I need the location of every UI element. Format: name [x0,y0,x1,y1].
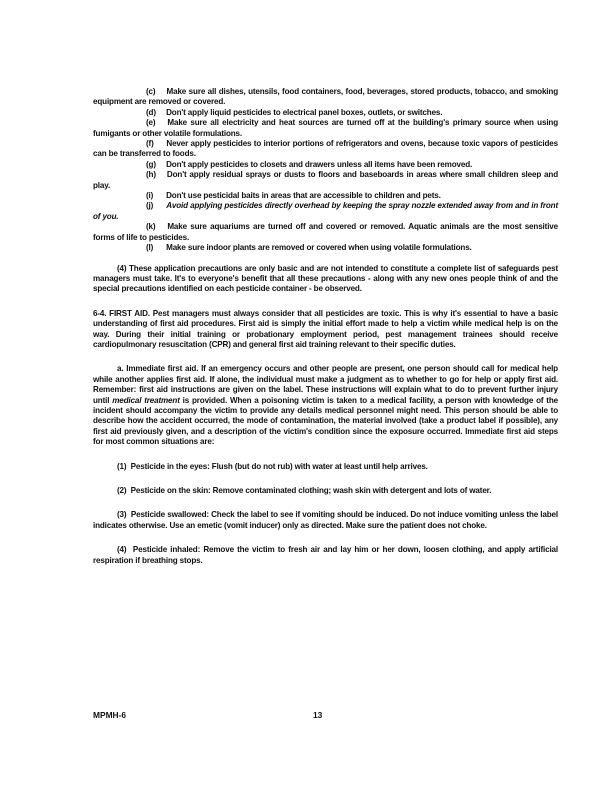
step-label: (1) [117,462,126,471]
item-text: Don't apply pesticides to closets and dr… [166,160,472,169]
list-item-i: (i) Don't use pesticidal baits in areas … [93,191,558,201]
section-body: Pest managers must always consider that … [93,309,558,349]
section-heading: a. Immediate first aid. [117,364,198,373]
paragraph-4-precautions: (4) These application precautions are on… [93,264,558,295]
item-label: (h) [146,170,164,180]
step-heading: Pesticide in the eyes: [131,462,210,471]
list-item-e: (e) Make sure all electricity and heat s… [93,118,558,139]
document-id: MPMH-6 [93,710,126,720]
list-item-g: (g) Don't apply pesticides to closets an… [93,160,558,170]
document-page: (c) Make sure all dishes, utensils, food… [93,87,558,566]
list-item-f: (f) Never apply pesticides to interior p… [93,139,558,160]
section-body-italic: medical treatment [112,396,180,405]
page-number: 13 [313,710,322,720]
spacer [93,254,558,264]
item-label: (j) [146,201,164,211]
first-aid-step-eyes: (1) Pesticide in the eyes: Flush (but do… [93,462,558,472]
item-label: (k) [146,222,164,232]
item-text: Don't use pesticidal baits in areas that… [166,191,441,200]
list-item-d: (d) Don't apply liquid pesticides to ele… [93,108,558,118]
item-label: (g) [146,160,164,170]
spacer [93,472,558,486]
item-text: Make sure indoor plants are removed or c… [166,243,472,252]
first-aid-step-skin: (2) Pesticide on the skin: Remove contam… [93,486,558,496]
spacer [93,531,558,545]
item-label: (i) [146,191,164,201]
list-item-j: (j) Avoid applying pesticides directly o… [93,201,558,222]
first-aid-step-inhaled: (4) Pesticide inhaled: Remove the victim… [93,545,558,566]
list-item-c: (c) Make sure all dishes, utensils, food… [93,87,558,108]
spacer [93,448,558,462]
step-label: (2) [117,486,126,495]
step-heading: Pesticide on the skin: [131,486,211,495]
step-label: (3) [117,510,126,519]
list-item-l: (l) Make sure indoor plants are removed … [93,243,558,253]
step-text: Remove contaminated clothing; wash skin … [211,486,492,495]
item-label: (e) [146,118,164,128]
item-label: (l) [146,243,164,253]
step-label: (4) [117,545,126,554]
section-a-immediate-first-aid: a. Immediate first aid. If an emergency … [93,364,558,447]
list-item-h: (h) Don't apply residual sprays or dusts… [93,170,558,191]
step-heading: Pesticide swallowed: [131,510,209,519]
section-6-4-first-aid: 6-4. FIRST AID. Pest managers must alway… [93,309,558,351]
step-heading: Pesticide inhaled: [133,545,200,554]
spacer [93,496,558,510]
step-text: Flush (but do not rub) with water at lea… [210,462,428,471]
item-label: (f) [146,139,164,149]
item-label: (c) [146,87,164,97]
item-text: Don't apply liquid pesticides to electri… [166,108,442,117]
list-item-k: (k) Make sure aquariums are turned off a… [93,222,558,243]
spacer [93,295,558,309]
section-heading: 6-4. FIRST AID. [93,309,150,318]
item-label: (d) [146,108,164,118]
spacer [93,350,558,364]
first-aid-step-swallowed: (3) Pesticide swallowed: Check the label… [93,510,558,531]
